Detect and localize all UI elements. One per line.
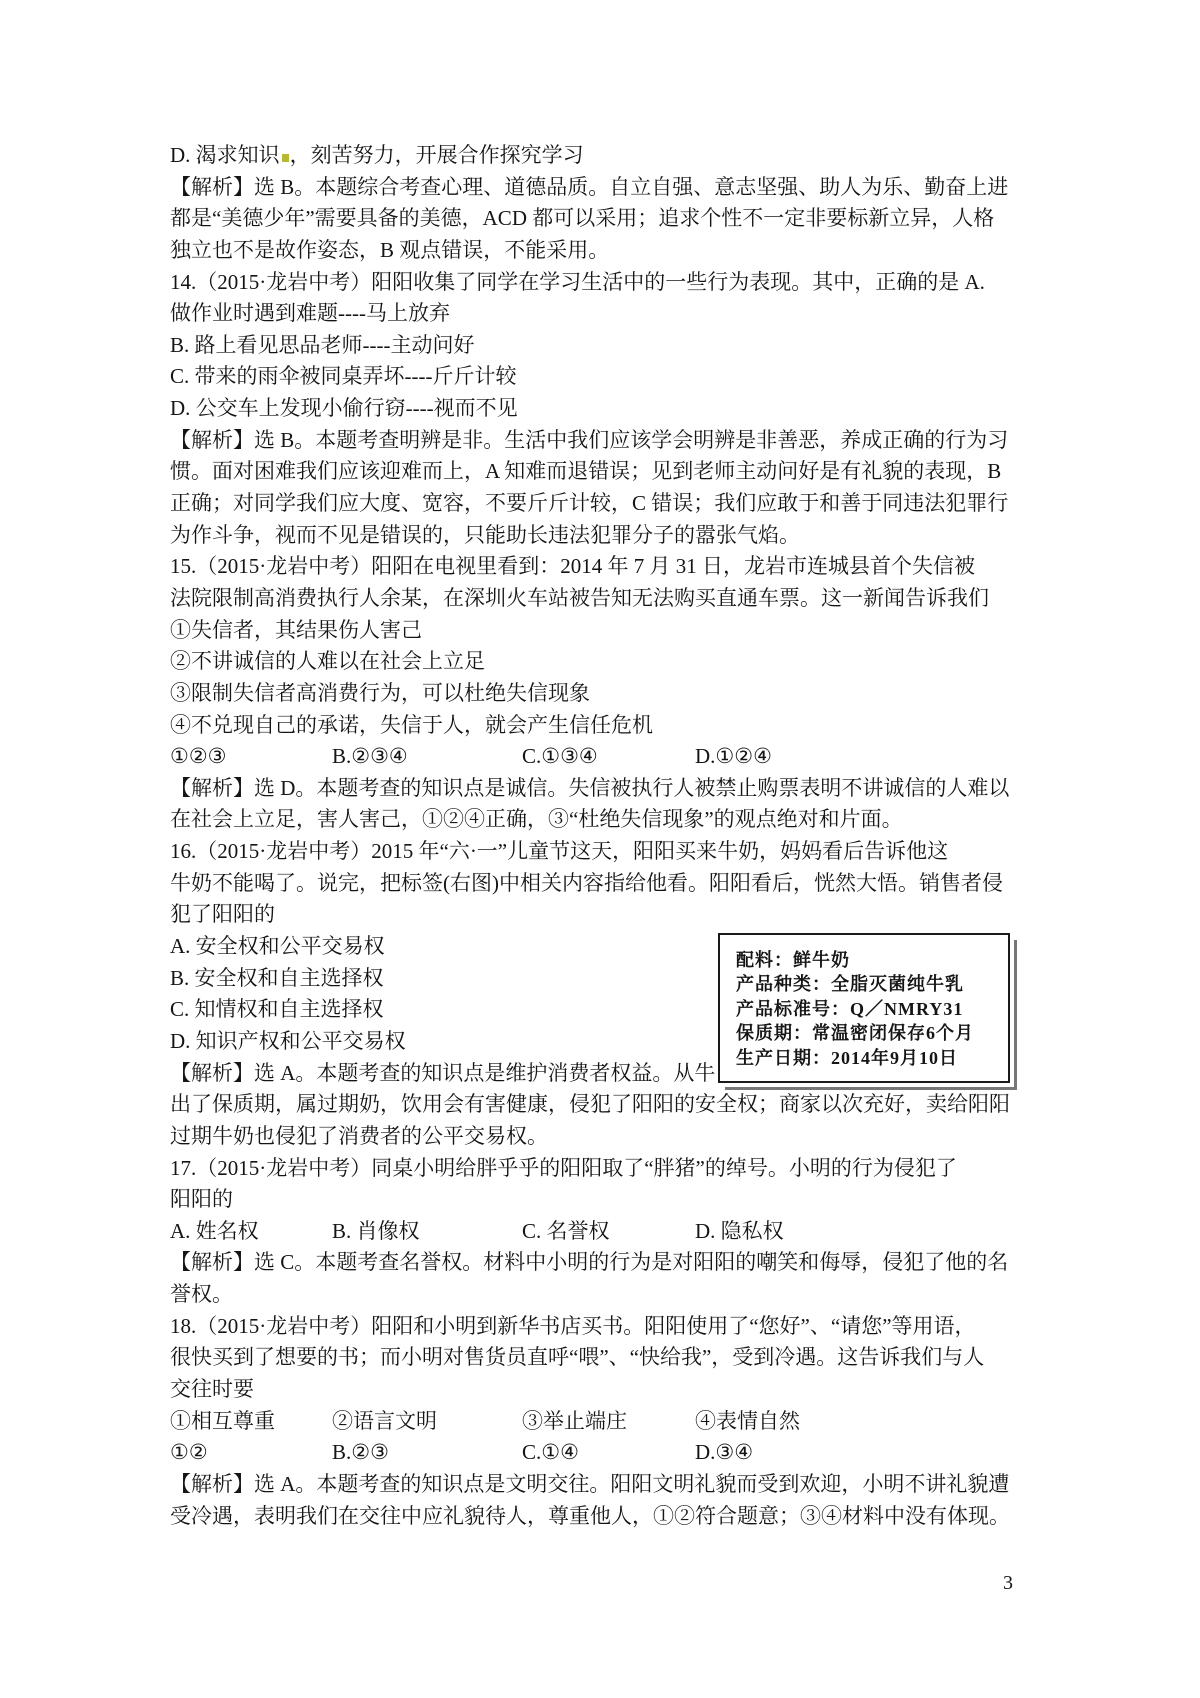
label-line-production-date: 生产日期：2014年9月10日 bbox=[736, 1046, 1000, 1070]
option-cell: ①② bbox=[170, 1437, 332, 1469]
text-line: C. 带来的雨伞被同桌弄坏----斤斤计较 bbox=[170, 361, 1056, 393]
text-line: 过期牛奶也侵犯了消费者的公平交易权。 bbox=[170, 1121, 1056, 1153]
text-line: 14.（2015·龙岩中考）阳阳收集了同学在学习生活中的一些行为表现。其中，正确… bbox=[170, 267, 1056, 299]
text-line: 【解析】选 C。本题考查名誉权。材料中小明的行为是对阳阳的嘲笑和侮辱，侵犯了他的… bbox=[170, 1247, 1056, 1279]
option-cell: ③举止端庄 bbox=[522, 1406, 695, 1438]
option-cell: B.②③④ bbox=[332, 741, 522, 773]
text-line: 做作业时遇到难题----马上放弃 bbox=[170, 298, 1056, 330]
text-line: 16.（2015·龙岩中考）2015 年“六·一”儿童节这天，阳阳买来牛奶，妈妈… bbox=[170, 836, 1056, 868]
option-cell: D. 隐私权 bbox=[695, 1216, 784, 1248]
option-cell: ④表情自然 bbox=[695, 1406, 800, 1438]
option-cell: D.①②④ bbox=[695, 741, 772, 773]
text-line: 正确；对同学我们应大度、宽容，不要斤斤计较，C 错误；我们应敢于和善于同违法犯罪… bbox=[170, 488, 1056, 520]
text-line: 18.（2015·龙岩中考）阳阳和小明到新华书店买书。阳阳使用了“您好”、“请您… bbox=[170, 1311, 1056, 1343]
page-number: 3 bbox=[1003, 1572, 1013, 1595]
text-line: 【解析】选 B。本题综合考查心理、道德品质。自立自强、意志坚强、助人为乐、勤奋上… bbox=[170, 172, 1056, 204]
text-line: ③限制失信者高消费行为，可以杜绝失信现象 bbox=[170, 678, 1056, 710]
text-line: 出了保质期，属过期奶，饮用会有害健康，侵犯了阳阳的安全权；商家以次充好，卖给阳阳 bbox=[170, 1089, 1056, 1121]
text-line: 【解析】选 A。本题考查的知识点是文明交往。阳阳文明礼貌而受到欢迎，小明不讲礼貌… bbox=[170, 1469, 1056, 1501]
option-cell: B.②③ bbox=[332, 1437, 522, 1469]
text-line: D. 渴求知识，刻苦努力，开展合作探究学习 bbox=[170, 140, 1056, 172]
text-line: ②不讲诚信的人难以在社会上立足 bbox=[170, 646, 1056, 678]
text-line: 犯了阳阳的 bbox=[170, 899, 1056, 931]
options-row: ①②B.②③C.①④D.③④ bbox=[170, 1437, 1056, 1469]
options-row: ①②③B.②③④C.①③④D.①②④ bbox=[170, 741, 1056, 773]
text-line: 为作斗争，视而不见是错误的，只能助长违法犯罪分子的嚣张气焰。 bbox=[170, 520, 1056, 552]
text-line: 【解析】选 B。本题考查明辨是非。生活中我们应该学会明辨是非善恶，养成正确的行为… bbox=[170, 425, 1056, 457]
document-lines: D. 渴求知识，刻苦努力，开展合作探究学习【解析】选 B。本题综合考查心理、道德… bbox=[170, 140, 1056, 1532]
text-line: 独立也不是故作姿态，B 观点错误，不能采用。 bbox=[170, 235, 1056, 267]
label-line-standard-no: 产品标准号：Q／NMRY31 bbox=[736, 997, 1000, 1021]
option-cell: D.③④ bbox=[695, 1437, 753, 1469]
text-line: 15.（2015·龙岩中考）阳阳在电视里看到：2014 年 7 月 31 日，龙… bbox=[170, 551, 1056, 583]
highlight-mark bbox=[282, 154, 289, 162]
options-row: ①相互尊重②语言文明③举止端庄④表情自然 bbox=[170, 1406, 1056, 1438]
option-cell: A. 姓名权 bbox=[170, 1216, 332, 1248]
text-line: 受冷遇，表明我们在交往中应礼貌待人，尊重他人，①②符合题意；③④材料中没有体现。 bbox=[170, 1501, 1056, 1533]
text-line: 在社会上立足，害人害己，①②④正确，③“杜绝失信现象”的观点绝对和片面。 bbox=[170, 804, 1056, 836]
text-line: 17.（2015·龙岩中考）同桌小明给胖乎乎的阳阳取了“胖猪”的绰号。小明的行为… bbox=[170, 1153, 1056, 1185]
text-line: 阳阳的 bbox=[170, 1184, 1056, 1216]
text-line: 很快买到了想要的书；而小明对售货员直呼“喂”、“快给我”，受到冷遇。这告诉我们与… bbox=[170, 1342, 1056, 1374]
text-segment: D. 渴求知识 bbox=[170, 143, 280, 167]
text-line: ①失信者，其结果伤人害己 bbox=[170, 615, 1056, 647]
text-line: 交往时要 bbox=[170, 1374, 1056, 1406]
milk-label-box: 配料：鲜牛奶 产品种类：全脂灭菌纯牛乳 产品标准号：Q／NMRY31 保质期：常… bbox=[718, 933, 1010, 1083]
text-segment: ，刻苦努力，开展合作探究学习 bbox=[290, 143, 584, 167]
label-line-product-type: 产品种类：全脂灭菌纯牛乳 bbox=[736, 972, 1000, 996]
option-cell: ①②③ bbox=[170, 741, 332, 773]
document-page: D. 渴求知识，刻苦努力，开展合作探究学习【解析】选 B。本题综合考查心理、道德… bbox=[0, 0, 1200, 1698]
option-cell: C. 名誉权 bbox=[522, 1216, 695, 1248]
option-cell: B. 肖像权 bbox=[332, 1216, 522, 1248]
text-line: 惯。面对困难我们应该迎难而上，A 知难而退错误；见到老师主动问好是有礼貌的表现，… bbox=[170, 456, 1056, 488]
text-line: ④不兑现自己的承诺，失信于人，就会产生信任危机 bbox=[170, 710, 1056, 742]
label-line-shelf-life: 保质期：常温密闭保存6个月 bbox=[736, 1021, 1000, 1045]
text-line: 誉权。 bbox=[170, 1279, 1056, 1311]
text-line: B. 路上看见思品老师----主动问好 bbox=[170, 330, 1056, 362]
options-row: A. 姓名权B. 肖像权C. 名誉权D. 隐私权 bbox=[170, 1216, 1056, 1248]
text-line: 都是“美德少年”需要具备的美德，ACD 都可以采用；追求个性不一定非要标新立异，… bbox=[170, 203, 1056, 235]
text-line: D. 公交车上发现小偷行窃----视而不见 bbox=[170, 393, 1056, 425]
label-line-ingredients: 配料：鲜牛奶 bbox=[736, 948, 1000, 972]
option-cell: ②语言文明 bbox=[332, 1406, 522, 1438]
option-cell: C.①④ bbox=[522, 1437, 695, 1469]
option-cell: ①相互尊重 bbox=[170, 1406, 332, 1438]
text-line: 【解析】选 D。本题考查的知识点是诚信。失信被执行人被禁止购票表明不讲诚信的人难… bbox=[170, 773, 1056, 805]
option-cell: C.①③④ bbox=[522, 741, 695, 773]
text-line: 牛奶不能喝了。说完，把标签(右图)中相关内容指给他看。阳阳看后，恍然大悟。销售者… bbox=[170, 868, 1056, 900]
text-line: 法院限制高消费执行人余某，在深圳火车站被告知无法购买直通车票。这一新闻告诉我们 bbox=[170, 583, 1056, 615]
